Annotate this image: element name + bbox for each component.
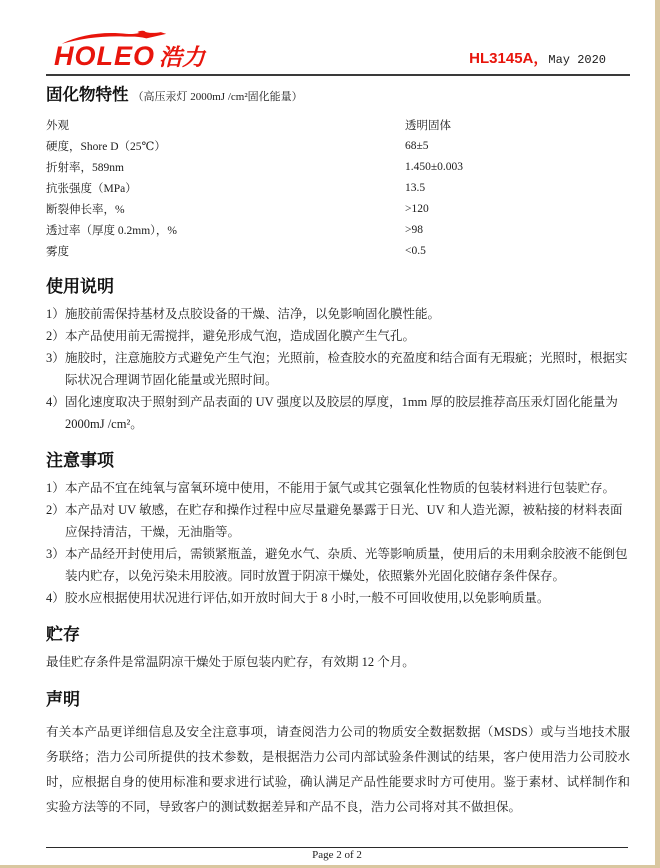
section-heading-storage: 贮存 [46, 620, 630, 645]
notice-list: 1） 本产品不宜在纯氧与富氧环境中使用，不能用于氯气或其它强氧化性物质的包装材料… [46, 477, 630, 609]
item-text: 施胶前需保持基材及点胶设备的干燥、洁净，以免影响固化膜性能。 [65, 303, 630, 325]
property-value: <0.5 [405, 245, 630, 257]
property-label: 硬度，Shore D（25℃） [46, 138, 405, 154]
list-item: 3） 施胶时，注意施胶方式避免产生气泡；光照前，检查胶水的充盈度和结合面有无瑕疵… [46, 347, 630, 391]
property-value: 1.450±0.003 [405, 161, 630, 173]
table-row: 外观 透明固体 [46, 114, 630, 135]
item-text: 胶水应根据使用状况进行评估,如开放时间大于 8 小时,一般不可回收使用,以免影响… [65, 587, 630, 609]
list-item: 1） 施胶前需保持基材及点胶设备的干燥、洁净，以免影响固化膜性能。 [46, 303, 630, 325]
page-content: HOLEO 浩力 HL3145A，May 2020 固化物特性 （高压汞灯 20… [0, 0, 655, 820]
list-item: 2） 本产品使用前无需搅拌，避免形成气泡，造成固化膜产生气孔。 [46, 325, 630, 347]
section-heading-notice: 注意事项 [46, 446, 630, 471]
logo-chinese-name: 浩力 [159, 44, 205, 70]
property-label: 折射率，589nm [46, 159, 405, 175]
item-number: 2） [46, 499, 65, 543]
header: HOLEO 浩力 HL3145A，May 2020 [46, 30, 630, 72]
list-item: 3） 本产品经开封使用后，需锁紧瓶盖，避免水气、杂质、光等影响质量，使用后的未用… [46, 543, 630, 587]
section-title-block: 固化物特性 （高压汞灯 2000mJ /cm²固化能量） [46, 81, 630, 105]
property-value: >120 [405, 203, 630, 215]
list-item: 4） 胶水应根据使用状况进行评估,如开放时间大于 8 小时,一般不可回收使用,以… [46, 587, 630, 609]
page-number: Page 2 of 2 [46, 848, 628, 861]
table-row: 硬度，Shore D（25℃） 68±5 [46, 135, 630, 156]
property-label: 雾度 [46, 243, 405, 259]
page-title-subtext: （高压汞灯 2000mJ /cm²固化能量） [133, 91, 303, 103]
item-number: 4） [46, 587, 65, 609]
table-row: 透过率（厚度 0.2mm），% >98 [46, 219, 630, 240]
item-number: 1） [46, 477, 65, 499]
document-date: May 2020 [548, 53, 606, 67]
company-logo: HOLEO 浩力 [54, 30, 205, 70]
document-page: HOLEO 浩力 HL3145A，May 2020 固化物特性 （高压汞灯 20… [0, 0, 655, 865]
list-item: 1） 本产品不宜在纯氧与富氧环境中使用，不能用于氯气或其它强氧化性物质的包装材料… [46, 477, 630, 499]
item-number: 1） [46, 303, 65, 325]
page-footer: Page 2 of 2 [46, 847, 628, 861]
product-code: HL3145A [469, 50, 533, 67]
item-text: 固化速度取决于照射到产品表面的 UV 强度以及胶层的厚度，1mm 厚的胶层推荐高… [65, 391, 630, 435]
table-row: 折射率，589nm 1.450±0.003 [46, 156, 630, 177]
item-number: 2） [46, 325, 65, 347]
item-number: 4） [46, 391, 65, 435]
property-value: 13.5 [405, 182, 630, 194]
section-heading-usage: 使用说明 [46, 272, 630, 297]
item-text: 本产品对 UV 敏感，在贮存和操作过程中应尽量避免暴露于日光、UV 和人造光源，… [65, 499, 630, 543]
storage-paragraph: 最佳贮存条件是常温阴凉干燥处于原包装内贮存，有效期 12 个月。 [46, 651, 630, 674]
property-label: 抗张强度（MPa） [46, 180, 405, 196]
table-row: 抗张强度（MPa） 13.5 [46, 177, 630, 198]
usage-list: 1） 施胶前需保持基材及点胶设备的干燥、洁净，以免影响固化膜性能。 2） 本产品… [46, 303, 630, 435]
list-item: 2） 本产品对 UV 敏感，在贮存和操作过程中应尽量避免暴露于日光、UV 和人造… [46, 499, 630, 543]
page-title: 固化物特性 [46, 86, 129, 104]
statement-paragraph: 有关本产品更详细信息及安全注意事项，请查阅浩力公司的物质安全数据数据（MSDS）… [46, 720, 630, 820]
property-value: 透明固体 [405, 117, 630, 133]
list-item: 4） 固化速度取决于照射到产品表面的 UV 强度以及胶层的厚度，1mm 厚的胶层… [46, 391, 630, 435]
item-text: 施胶时，注意施胶方式避免产生气泡；光照前，检查胶水的充盈度和结合面有无瑕疵；光照… [65, 347, 630, 391]
property-label: 断裂伸长率，% [46, 201, 405, 217]
product-code-block: HL3145A，May 2020 [469, 47, 606, 70]
property-value: 68±5 [405, 140, 630, 152]
item-number: 3） [46, 543, 65, 587]
table-row: 雾度 <0.5 [46, 240, 630, 261]
item-text: 本产品经开封使用后，需锁紧瓶盖，避免水气、杂质、光等影响质量，使用后的未用剩余胶… [65, 543, 630, 587]
item-text: 本产品不宜在纯氧与富氧环境中使用，不能用于氯气或其它强氧化性物质的包装材料进行包… [65, 477, 630, 499]
item-number: 3） [46, 347, 65, 391]
section-heading-statement: 声明 [46, 685, 630, 710]
property-value: >98 [405, 224, 630, 236]
code-separator: ， [533, 50, 548, 67]
property-label: 透过率（厚度 0.2mm），% [46, 222, 405, 238]
logo-wordmark: HOLEO [54, 41, 155, 71]
table-row: 断裂伸长率，% >120 [46, 198, 630, 219]
header-divider [46, 74, 630, 76]
properties-table: 外观 透明固体 硬度，Shore D（25℃） 68±5 折射率，589nm 1… [46, 114, 630, 261]
item-text: 本产品使用前无需搅拌，避免形成气泡，造成固化膜产生气孔。 [65, 325, 630, 347]
property-label: 外观 [46, 117, 405, 133]
